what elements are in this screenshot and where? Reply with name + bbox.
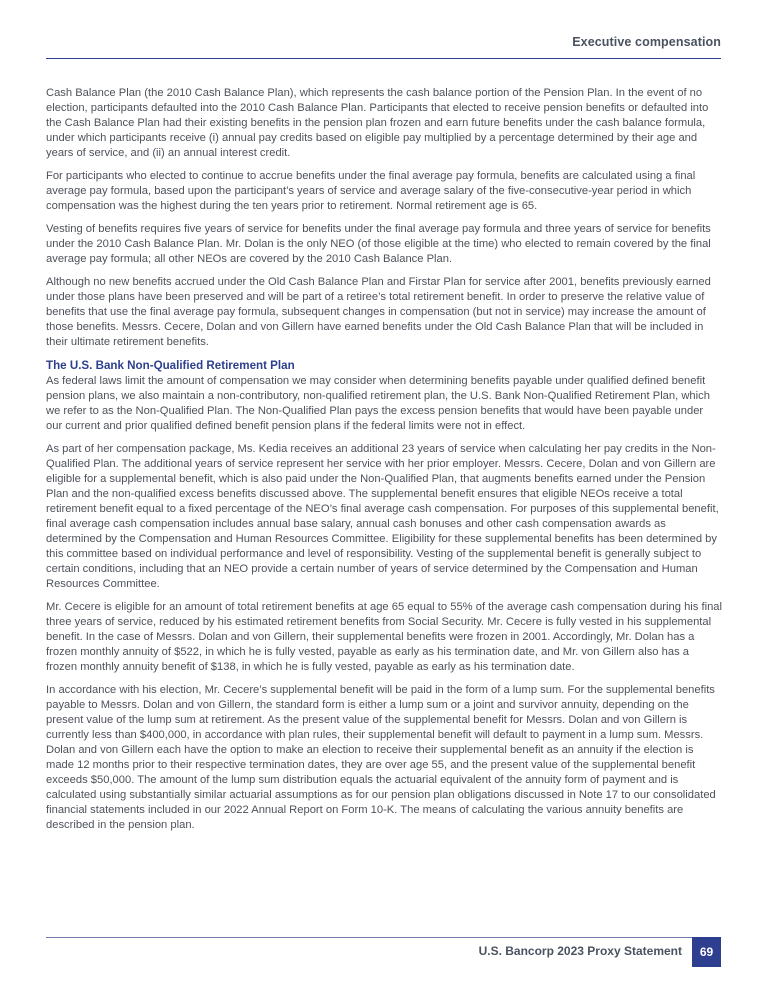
paragraph-supplemental-benefit: As part of her compensation package, Ms.…: [46, 442, 722, 592]
paragraph-vesting: Vesting of benefits requires five years …: [46, 222, 722, 267]
paragraph-final-average-pay: For participants who elected to continue…: [46, 169, 722, 214]
page-number-badge: 69: [692, 937, 721, 967]
paragraph-old-cash-balance: Although no new benefits accrued under t…: [46, 275, 722, 350]
page-footer: U.S. Bancorp 2023 Proxy Statement 69: [46, 937, 721, 967]
paragraph-non-qualified-plan: As federal laws limit the amount of comp…: [46, 374, 722, 434]
paragraph-payment-form: In accordance with his election, Mr. Cec…: [46, 683, 722, 833]
footer-divider: [46, 937, 692, 938]
page-header: Executive compensation: [46, 34, 721, 59]
paragraph-cash-balance-plan: Cash Balance Plan (the 2010 Cash Balance…: [46, 86, 722, 161]
document-body: Cash Balance Plan (the 2010 Cash Balance…: [46, 86, 722, 841]
section-title: Executive compensation: [572, 35, 721, 49]
section-heading: The U.S. Bank Non-Qualified Retirement P…: [46, 358, 722, 374]
document-title: U.S. Bancorp 2023 Proxy Statement: [479, 944, 682, 958]
paragraph-cecere-eligibility: Mr. Cecere is eligible for an amount of …: [46, 600, 722, 675]
